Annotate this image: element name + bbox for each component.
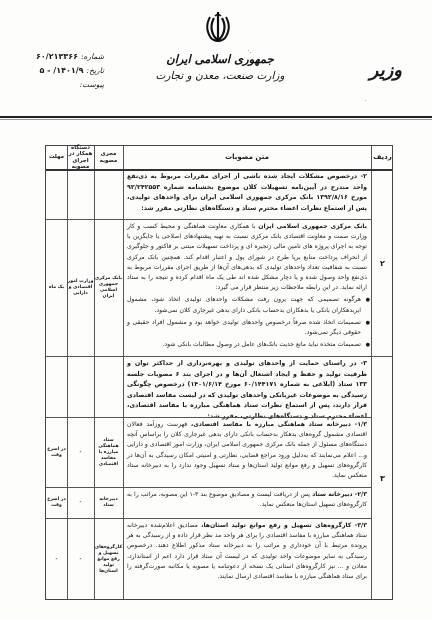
header-divider — [0, 116, 432, 118]
row-3-sub-2: ۲/۳- دبیرخانه ستاد پس از دریافت لیست و م… — [123, 488, 371, 518]
resolutions-table: مهلت دستگاه همکار در اجرای مصوبه مجری مص… — [45, 145, 393, 600]
row-3-sub-2-text: ۲/۳- دبیرخانه ستاد پس از دریافت لیست و م… — [123, 488, 371, 510]
row-3-intro-text: ۳- در راستای حمایت از واحدهای تولیدی و ب… — [123, 357, 371, 422]
scan-speck — [250, 52, 251, 53]
row-2-body-main: با همکاری معاونت هماهنگی و محیط کسب و کا… — [127, 223, 367, 291]
country-title: جمهوری اسلامی ایران — [140, 52, 300, 66]
scan-speck — [365, 100, 366, 101]
header-deadline: مهلت — [46, 146, 67, 169]
row-3-sub-2-overseer: - — [67, 488, 94, 518]
iran-emblem-icon — [205, 10, 231, 44]
header-divider-thin — [0, 119, 432, 120]
row-2-bullet-1: هرگونه تصمیمی که جهت برون رفت مشکلات واح… — [123, 293, 371, 315]
row-3-sub-1-body: فهرست روزآمد فعالان اقتصادی مشمول گروه‌ه… — [127, 421, 367, 479]
row-3-sub-2-lead: ۲/۳- دبیرخانه ستاد — [312, 491, 367, 498]
number-label: شماره: — [81, 50, 104, 64]
row-3-sub-3-lead: ۳/۳- کارگروه‌های تسهیل و رفع موانع تولید… — [201, 522, 367, 529]
row-2-body: بانک مرکزی جمهوری اسلامی ایران با همکاری… — [123, 220, 371, 356]
ministry-title: وزارت صنعت، معدن و تجارت — [140, 70, 300, 82]
attachment-field: پیوست: — [14, 78, 104, 92]
row-2-bullet-2: تصمیمات اتخاذ شده صرفاً درخصوص واحدهای ت… — [123, 316, 371, 338]
row-3-sub-1-lead: ۱/۳- دبیرخانه ستاد هماهنگی مبارزه با مفا… — [191, 421, 367, 428]
document-page: جمهوری اسلامی ایران وزارت صنعت، معدن و ت… — [0, 0, 432, 620]
row-3-sub-1: ۱/۳- دبیرخانه ستاد هماهنگی مبارزه با مفا… — [123, 418, 371, 487]
row-2-bullet-3: تصمیمات متخذه نباید مانع جدیت بانک‌های ع… — [123, 338, 371, 350]
date-label: تاریخ: — [87, 64, 104, 78]
row-2-overseer: وزارت امور اقتصادی و دارایی — [67, 220, 94, 356]
row-2-intro-text: ۲- درخصوص مشکلات ایجاد شده ناشی از اجرای… — [123, 170, 371, 214]
row-3-sub-1-overseer: - — [67, 418, 94, 487]
row-2-number: ۲ — [371, 170, 394, 356]
row-3-number: ۳ — [371, 357, 394, 600]
row-2-deadline: یک ماه — [46, 220, 67, 356]
attachment-label: پیوست: — [80, 78, 104, 92]
row-3-sub-2-executor: دبیرخانه ستاد — [94, 488, 123, 518]
row-3-sub-3-executor: کارگروه‌های تسهیل و رفع موانع تولید استا… — [94, 519, 123, 600]
header-overseer: دستگاه همکار در اجرای مصوبه — [67, 146, 94, 169]
date-value: ۱۴۰۱/۹/ - ۵ — [40, 64, 84, 78]
row-3-sub-3-body: مصادیق اعلام‌شده دبیرخانه ستاد هماهنگی م… — [127, 522, 367, 580]
row-3-sub-1-executor: ستاد هماهنگی مبارزه با مفاسد اقتصادی — [94, 418, 123, 487]
sender-title: وزیر — [370, 60, 402, 81]
row-2-body-text: بانک مرکزی جمهوری اسلامی ایران با همکاری… — [123, 220, 371, 293]
row-2-intro: ۲- درخصوص مشکلات ایجاد شده ناشی از اجرای… — [123, 170, 371, 219]
row-3-sub-2-deadline: در اسرع وقت — [46, 488, 67, 518]
row-3-sub-3-overseer: - — [67, 519, 94, 600]
number-value: ۶۰/۲۱۳۳۶۶ — [36, 50, 78, 64]
header-text: متن مصوبات — [123, 146, 371, 169]
row-3-sub-1-text: ۱/۳- دبیرخانه ستاد هماهنگی مبارزه با مفا… — [123, 418, 371, 481]
row-3-intro: ۳- در راستای حمایت از واحدهای تولیدی و ب… — [123, 357, 371, 417]
row-3-sub-1-deadline: در اسرع وقت — [46, 418, 67, 487]
document-meta: شماره: ۶۰/۲۱۳۳۶۶ تاریخ: ۱۴۰۱/۹/ - ۵ پیوس… — [14, 50, 104, 92]
row-2-executor: بانک مرکزی جمهوری اسلامی ایران — [94, 220, 123, 356]
row-3-sub-3: ۳/۳- کارگروه‌های تسهیل و رفع موانع تولید… — [123, 519, 371, 600]
header-row-number: ردیف — [371, 146, 394, 169]
number-field: شماره: ۶۰/۲۱۳۳۶۶ — [14, 50, 104, 64]
row-3-sub-3-deadline: - — [46, 519, 67, 600]
date-field: تاریخ: ۱۴۰۱/۹/ - ۵ — [14, 64, 104, 78]
header-executor: مجری مصوبه — [94, 146, 123, 169]
scan-speck — [248, 50, 249, 51]
row-3-sub-3-text: ۳/۳- کارگروه‌های تسهیل و رفع موانع تولید… — [123, 519, 371, 582]
row-2-body-lead: بانک مرکزی جمهوری اسلامی ایران — [258, 223, 367, 230]
row-divider — [46, 219, 123, 220]
